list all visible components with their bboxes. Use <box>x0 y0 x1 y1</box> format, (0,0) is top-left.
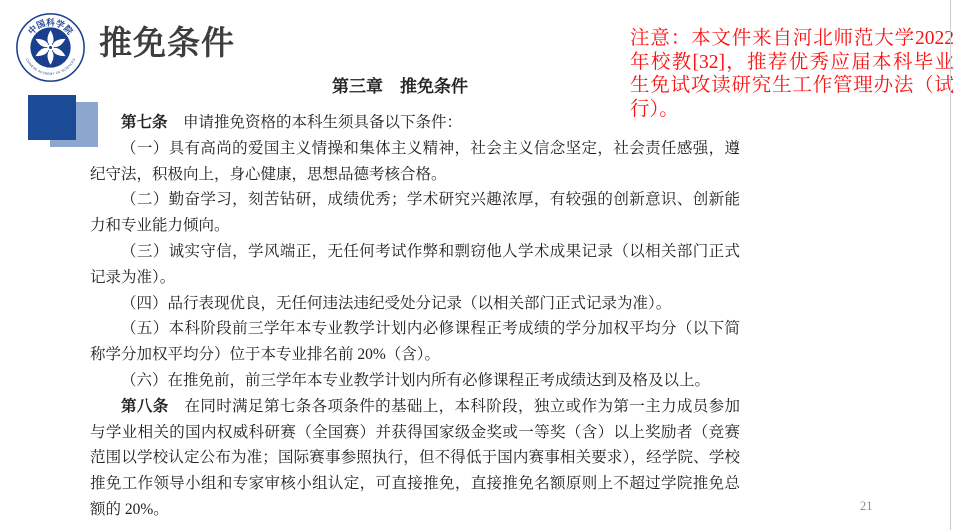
paragraph-container: 第七条 申请推免资格的本科生须具备以下条件：（一）具有高尚的爱国主义情操和集体主… <box>90 110 740 523</box>
document-paragraph: （四）品行表现优良，无任何违法违纪受处分记录（以相关部门正式记录为准）。 <box>90 291 740 317</box>
cas-logo-icon: 中国科学院 CHINESE ACADEMY OF SCIENCES <box>14 11 87 84</box>
article-number: 第八条 <box>121 398 169 415</box>
document-paragraph: （二）勤奋学习，刻苦钻研，成绩优秀；学术研究兴趣浓厚，有较强的创新意识、创新能力… <box>90 187 740 239</box>
slide: 中国科学院 CHINESE ACADEMY OF SCIENCES 推免条件 注… <box>0 0 954 530</box>
page-number: 21 <box>860 499 873 514</box>
decor-square-dark <box>28 95 76 140</box>
slide-right-border <box>950 0 951 530</box>
document-paragraph: （五）本科阶段前三学年本专业教学计划内必修课程正考成绩的学分加权平均分（以下简称… <box>90 316 740 368</box>
document-body: 第七条 申请推免资格的本科生须具备以下条件：（一）具有高尚的爱国主义情操和集体主… <box>90 110 740 523</box>
document-paragraph: 第八条 在同时满足第七条各项条件的基础上，本科阶段，独立或作为第一主力成员参加与… <box>90 394 740 523</box>
document-paragraph: （一）具有高尚的爱国主义情操和集体主义精神，社会主义信念坚定，社会责任感强，遵纪… <box>90 136 740 188</box>
document-paragraph: （六）在推免前，前三学年本专业教学计划内所有必修课程正考成绩达到及格及以上。 <box>90 368 740 394</box>
document-paragraph: 第七条 申请推免资格的本科生须具备以下条件： <box>90 110 740 136</box>
document-paragraph: （三）诚实守信，学风端正，无任何考试作弊和剽窃他人学术成果记录（以相关部门正式记… <box>90 239 740 291</box>
article-number: 第七条 <box>121 114 168 131</box>
slide-title: 推免条件 <box>99 24 235 62</box>
chapter-heading: 第三章 推免条件 <box>90 72 710 97</box>
